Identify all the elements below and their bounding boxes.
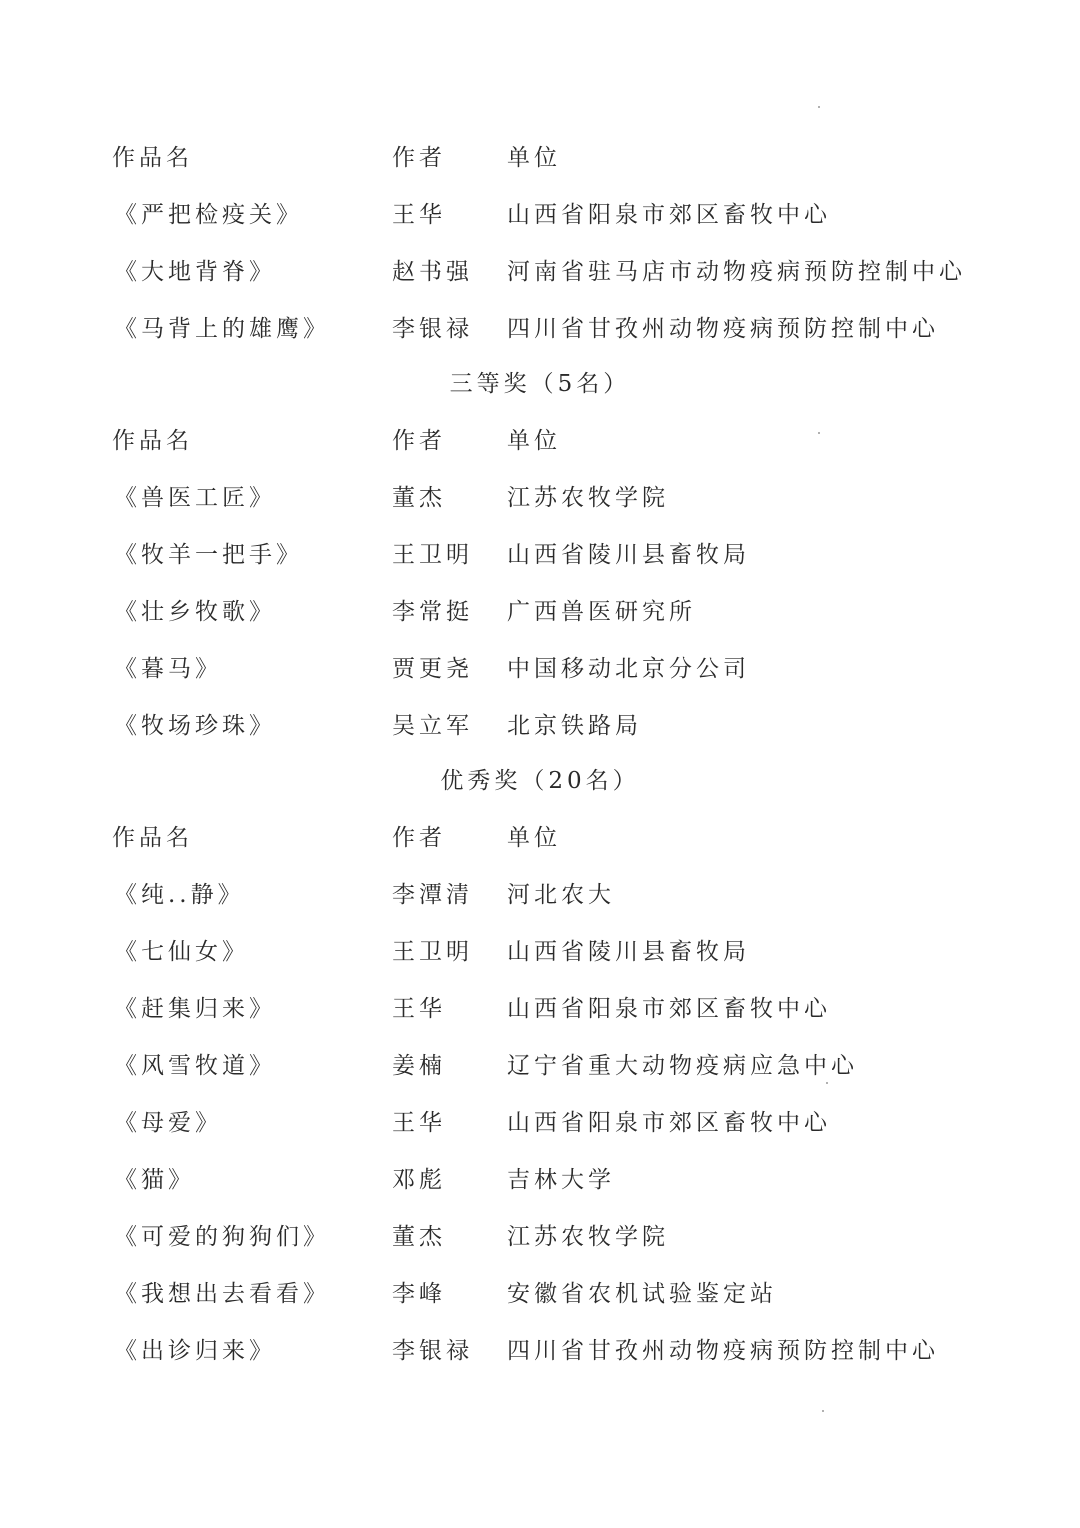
scan-speck	[818, 106, 820, 108]
work-title: 《赶集归来》	[114, 989, 276, 1029]
header-unit: 单位	[507, 138, 561, 178]
table-row: 《暮马》 贾更尧 中国移动北京分公司	[0, 649, 1080, 689]
work-title: 《牧场珍珠》	[114, 706, 276, 746]
work-title: 《猫》	[114, 1160, 195, 1200]
table-row: 《七仙女》 王卫明 山西省陵川县畜牧局	[0, 932, 1080, 972]
table-row: 《猫》 邓彪 吉林大学	[0, 1160, 1080, 1200]
header-title: 作品名	[112, 138, 193, 178]
author: 王华	[392, 1103, 446, 1143]
table-row: 《大地背脊》 赵书强 河南省驻马店市动物疫病预防控制中心	[0, 252, 1080, 292]
table-row: 《壮乡牧歌》 李常挺 广西兽医研究所	[0, 592, 1080, 632]
header-title: 作品名	[112, 818, 193, 858]
table-row: 《出诊归来》 李银禄 四川省甘孜州动物疫病预防控制中心	[0, 1331, 1080, 1371]
author: 邓彪	[392, 1160, 446, 1200]
header-unit: 单位	[507, 818, 561, 858]
work-title: 《牧羊一把手》	[114, 535, 303, 575]
table-row: 《兽医工匠》 董杰 江苏农牧学院	[0, 478, 1080, 518]
unit: 山西省阳泉市郊区畜牧中心	[507, 989, 831, 1029]
work-title: 《七仙女》	[114, 932, 249, 972]
author: 王卫明	[392, 932, 473, 972]
author: 王卫明	[392, 535, 473, 575]
work-title: 《母爱》	[114, 1103, 222, 1143]
author: 董杰	[392, 478, 446, 518]
table-header-row: 作品名 作者 单位	[0, 818, 1080, 858]
table-row: 《可爱的狗狗们》 董杰 江苏农牧学院	[0, 1217, 1080, 1257]
table-row: 《牧场珍珠》 吴立军 北京铁路局	[0, 706, 1080, 746]
unit: 四川省甘孜州动物疫病预防控制中心	[507, 1331, 939, 1371]
section-heading-excellence-prize: 优秀奖（20名）	[0, 761, 1080, 801]
unit: 安徽省农机试验鉴定站	[507, 1274, 777, 1314]
header-title: 作品名	[112, 421, 193, 461]
work-title: 《马背上的雄鹰》	[114, 309, 330, 349]
unit: 江苏农牧学院	[507, 1217, 669, 1257]
unit: 河南省驻马店市动物疫病预防控制中心	[507, 252, 966, 292]
table-row: 《严把检疫关》 王华 山西省阳泉市郊区畜牧中心	[0, 195, 1080, 235]
unit: 北京铁路局	[507, 706, 642, 746]
author: 王华	[392, 989, 446, 1029]
unit: 山西省阳泉市郊区畜牧中心	[507, 1103, 831, 1143]
author: 李常挺	[392, 592, 473, 632]
unit: 江苏农牧学院	[507, 478, 669, 518]
table-row: 《赶集归来》 王华 山西省阳泉市郊区畜牧中心	[0, 989, 1080, 1029]
work-title: 《严把检疫关》	[114, 195, 303, 235]
author: 李银禄	[392, 1331, 473, 1371]
work-title: 《兽医工匠》	[114, 478, 276, 518]
table-row: 《马背上的雄鹰》 李银禄 四川省甘孜州动物疫病预防控制中心	[0, 309, 1080, 349]
author: 赵书强	[392, 252, 473, 292]
unit: 山西省陵川县畜牧局	[507, 932, 750, 972]
work-title: 《暮马》	[114, 649, 222, 689]
table-row: 《风雪牧道》 姜楠 辽宁省重大动物疫病应急中心	[0, 1046, 1080, 1086]
unit: 山西省阳泉市郊区畜牧中心	[507, 195, 831, 235]
unit: 吉林大学	[507, 1160, 615, 1200]
author: 李潭清	[392, 875, 473, 915]
table-header-row: 作品名 作者 单位	[0, 421, 1080, 461]
author: 贾更尧	[392, 649, 473, 689]
header-author: 作者	[392, 421, 446, 461]
author: 董杰	[392, 1217, 446, 1257]
work-title: 《壮乡牧歌》	[114, 592, 276, 632]
author: 王华	[392, 195, 446, 235]
author: 吴立军	[392, 706, 473, 746]
scan-speck	[818, 432, 820, 434]
work-title: 《我想出去看看》	[114, 1274, 330, 1314]
unit: 中国移动北京分公司	[507, 649, 750, 689]
author: 李峰	[392, 1274, 446, 1314]
table-row: 《纯..静》 李潭清 河北农大	[0, 875, 1080, 915]
section-heading-third-prize: 三等奖（5名）	[0, 364, 1080, 404]
work-title: 《大地背脊》	[114, 252, 276, 292]
unit: 广西兽医研究所	[507, 592, 696, 632]
scan-speck	[826, 1082, 828, 1084]
author: 姜楠	[392, 1046, 446, 1086]
work-title: 《风雪牧道》	[114, 1046, 276, 1086]
work-title: 《纯..静》	[114, 875, 245, 915]
header-author: 作者	[392, 138, 446, 178]
unit: 辽宁省重大动物疫病应急中心	[507, 1046, 858, 1086]
unit: 河北农大	[507, 875, 615, 915]
table-row: 《牧羊一把手》 王卫明 山西省陵川县畜牧局	[0, 535, 1080, 575]
table-row: 《我想出去看看》 李峰 安徽省农机试验鉴定站	[0, 1274, 1080, 1314]
work-title: 《出诊归来》	[114, 1331, 276, 1371]
table-header-row: 作品名 作者 单位	[0, 138, 1080, 178]
work-title: 《可爱的狗狗们》	[114, 1217, 330, 1257]
scan-speck	[822, 1410, 824, 1412]
author: 李银禄	[392, 309, 473, 349]
unit: 山西省陵川县畜牧局	[507, 535, 750, 575]
header-unit: 单位	[507, 421, 561, 461]
header-author: 作者	[392, 818, 446, 858]
unit: 四川省甘孜州动物疫病预防控制中心	[507, 309, 939, 349]
table-row: 《母爱》 王华 山西省阳泉市郊区畜牧中心	[0, 1103, 1080, 1143]
